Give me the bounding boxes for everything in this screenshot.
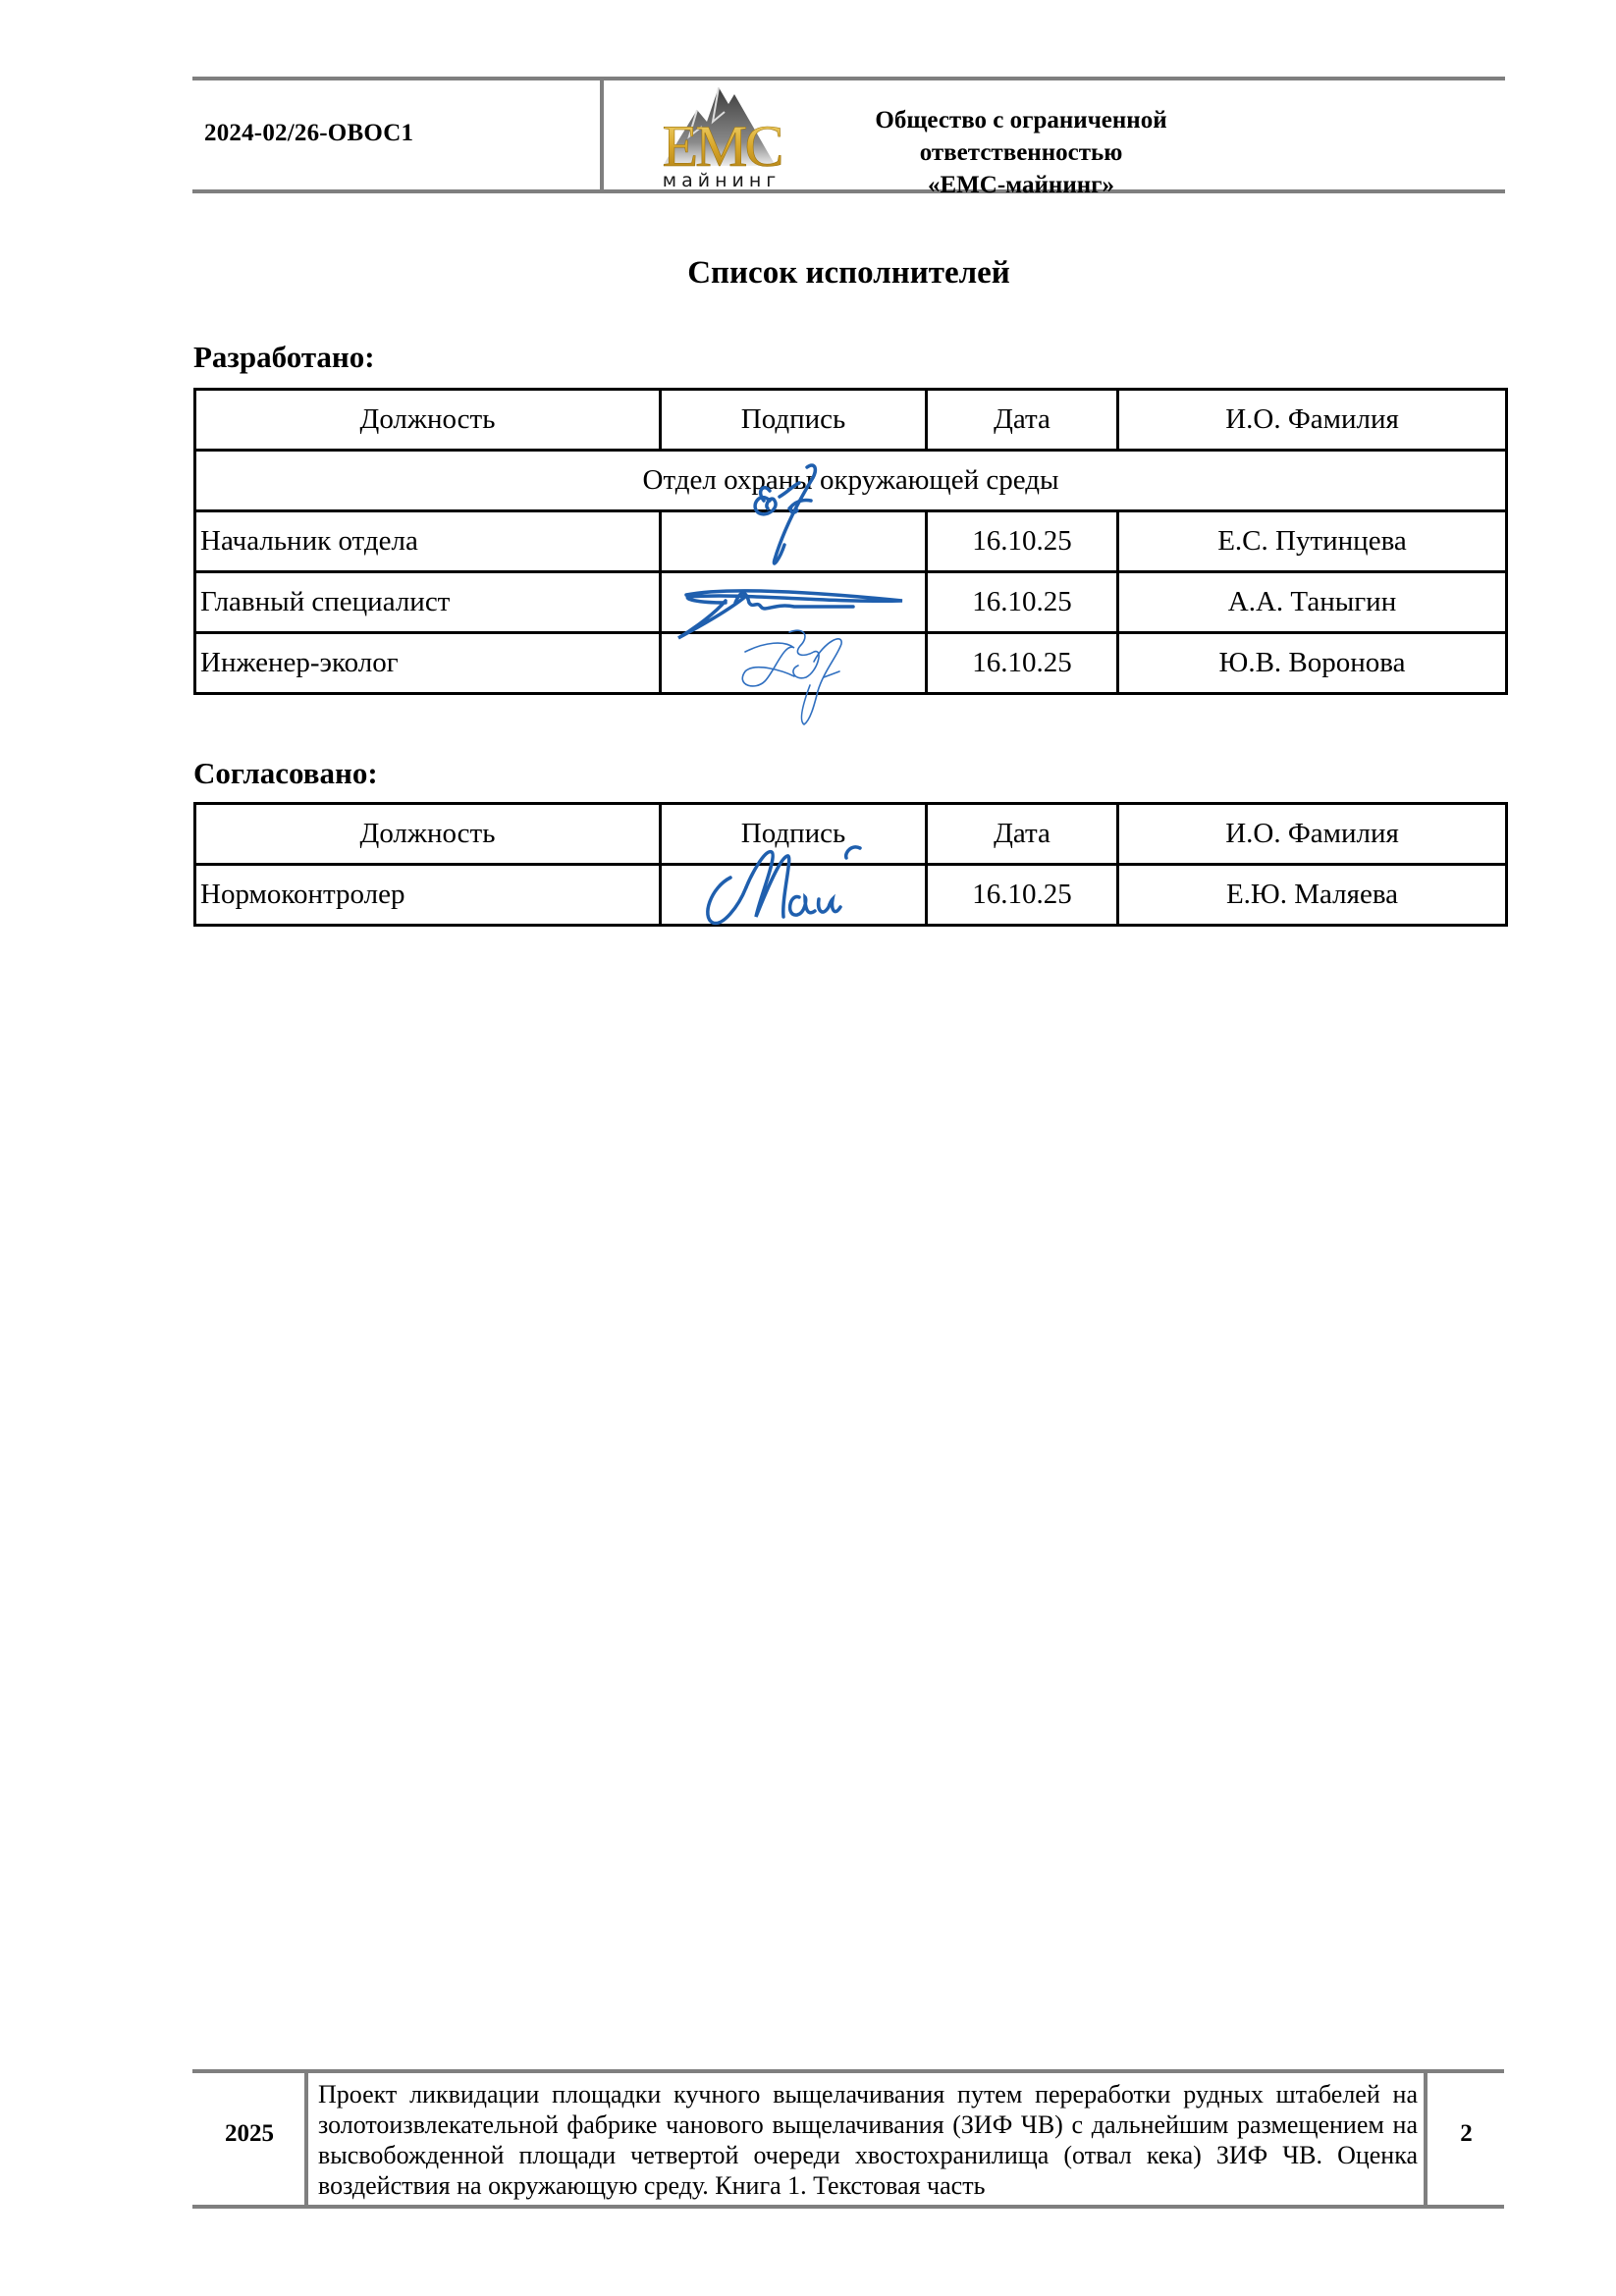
organization-name: Общество с ограниченной ответственностью… [805, 104, 1237, 201]
header-top-rule [192, 77, 1505, 80]
column-header-signature: Подпись [661, 390, 927, 451]
column-header-name: И.О. Фамилия [1118, 804, 1507, 865]
footer-top-rule [192, 2069, 1504, 2073]
organization-line-1: Общество с ограниченной ответственностью [805, 104, 1237, 169]
signature-icon [716, 622, 873, 730]
svg-text:майнинг: майнинг [663, 170, 781, 190]
document-code: 2024-02/26-ОВОС1 [204, 120, 413, 147]
table-header-row: Должность Подпись Дата И.О. Фамилия [195, 804, 1507, 865]
column-header-position: Должность [195, 390, 661, 451]
position: Начальник отдела [195, 511, 661, 572]
position: Главный специалист [195, 572, 661, 633]
signature-cell [661, 633, 927, 694]
signature-cell [661, 511, 927, 572]
agreed-label: Согласовано: [193, 756, 378, 791]
department-name: Отдел охраны окружающей среды [195, 451, 1507, 511]
position: Нормоконтролер [195, 865, 661, 926]
emc-mining-logo-icon: EMC майнинг [628, 82, 815, 190]
column-header-signature: Подпись [661, 804, 927, 865]
full-name: Е.Ю. Маляева [1118, 865, 1507, 926]
column-header-date: Дата [927, 390, 1118, 451]
column-header-name: И.О. Фамилия [1118, 390, 1507, 451]
footer-description: Проект ликвидации площадки кучного выщел… [318, 2079, 1418, 2201]
table-row: Нормоконтролер 16.10.25 Е.Ю. Маляева [195, 865, 1507, 926]
date: 16.10.25 [927, 572, 1118, 633]
developed-table: Должность Подпись Дата И.О. Фамилия Отде… [193, 388, 1508, 695]
footer-divider-right [1424, 2070, 1427, 2208]
date: 16.10.25 [927, 511, 1118, 572]
header-divider [600, 79, 604, 193]
signature-cell [661, 865, 927, 926]
department-row: Отдел охраны окружающей среды [195, 451, 1507, 511]
page-number: 2 [1428, 2120, 1504, 2148]
full-name: А.А. Таныгин [1118, 572, 1507, 633]
agreed-table: Должность Подпись Дата И.О. Фамилия Норм… [193, 802, 1508, 927]
footer-year: 2025 [192, 2120, 306, 2148]
footer-bottom-rule [192, 2205, 1504, 2209]
table-header-row: Должность Подпись Дата И.О. Фамилия [195, 390, 1507, 451]
position: Инженер-эколог [195, 633, 661, 694]
table-row: Начальник отдела 16.10.25 Е.С. Путинцева [195, 511, 1507, 572]
organization-line-2: «ЕМС-майнинг» [805, 169, 1237, 201]
column-header-date: Дата [927, 804, 1118, 865]
signature-cell [661, 572, 927, 633]
full-name: Е.С. Путинцева [1118, 511, 1507, 572]
date: 16.10.25 [927, 633, 1118, 694]
table-row: Инженер-эколог 16.10.25 Ю.В. Воронова [195, 633, 1507, 694]
page-title: Список исполнителей [192, 255, 1505, 292]
column-header-position: Должность [195, 804, 661, 865]
developed-label: Разработано: [193, 340, 375, 375]
full-name: Ю.В. Воронова [1118, 633, 1507, 694]
table-row: Главный специалист 16.10.25 А.А. Таныгин [195, 572, 1507, 633]
date: 16.10.25 [927, 865, 1118, 926]
